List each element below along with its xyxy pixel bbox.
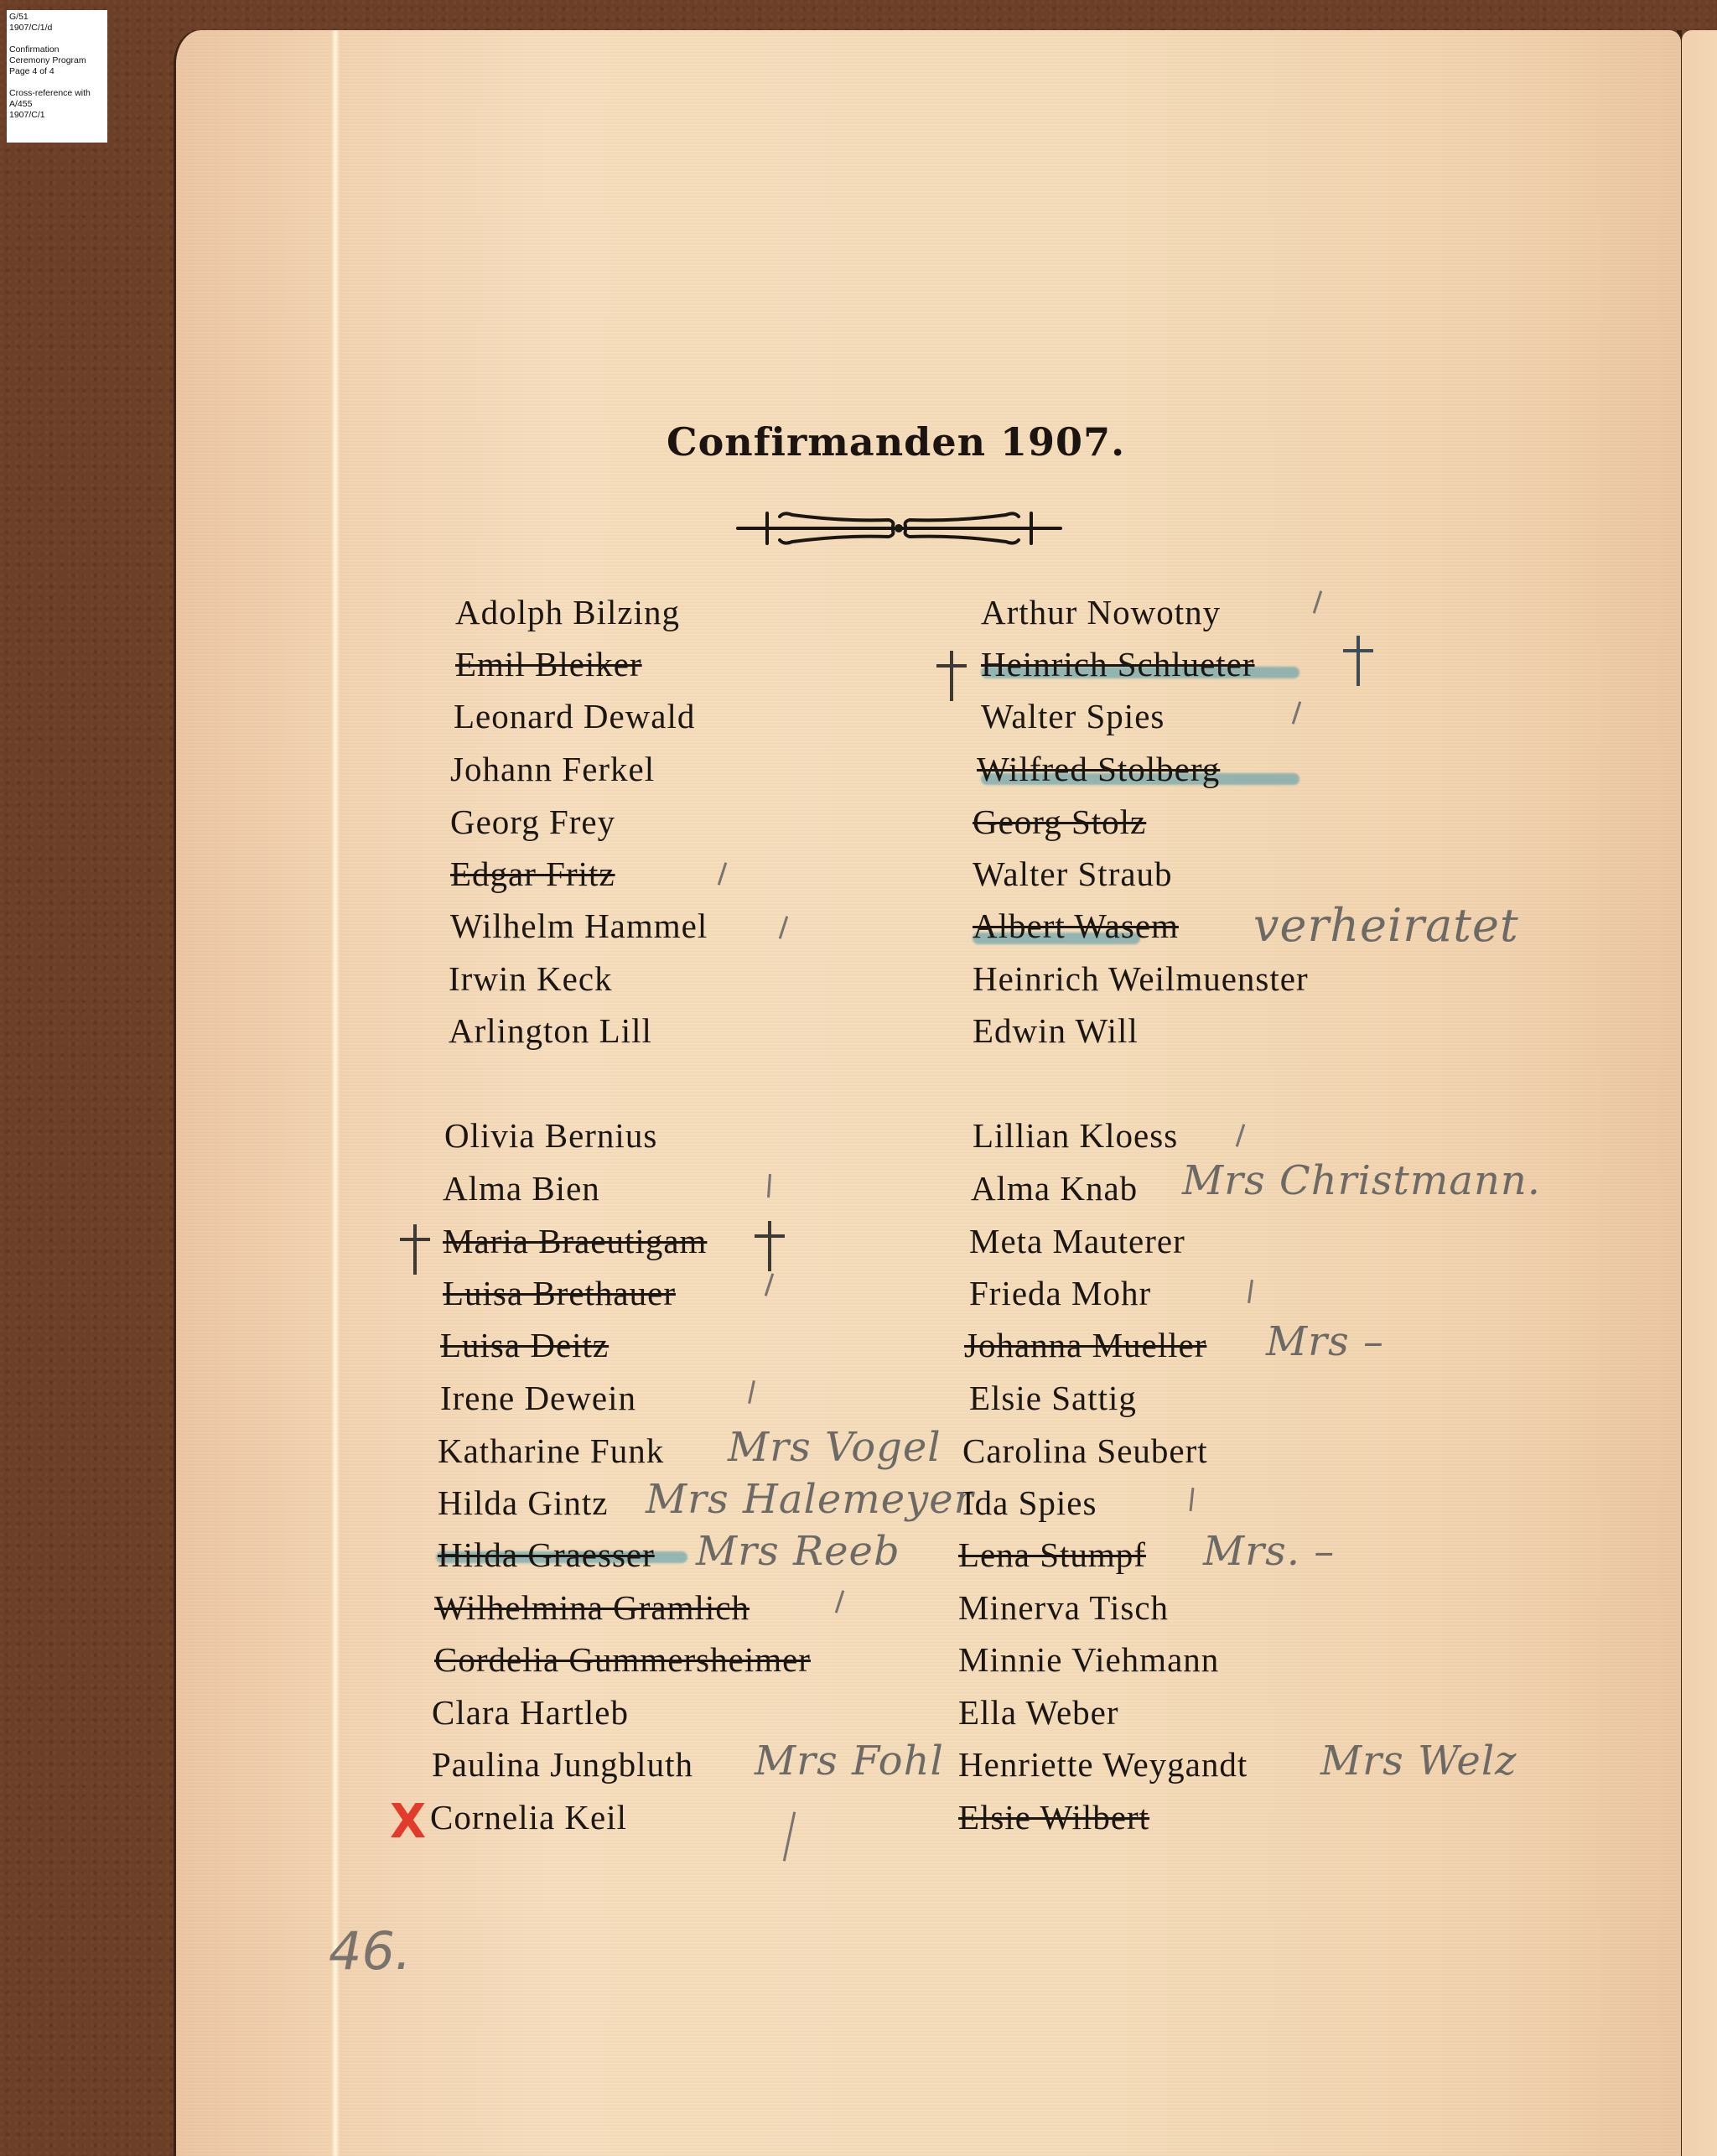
confirmand-name-struck: Wilhelmina Gramlich: [434, 1587, 750, 1628]
confirmand-name-struck: Lena Stumpf: [958, 1535, 1146, 1575]
confirmand-name: Leonard Dewald: [454, 696, 695, 736]
confirmand-name: Olivia Bernius: [444, 1115, 657, 1156]
confirmand-name-struck: Edgar Fritz: [450, 854, 615, 894]
cross-mark-icon: [935, 651, 968, 701]
confirmand-name-struck: Cordelia Gummersheimer: [434, 1639, 811, 1680]
ornament-divider-icon: [734, 503, 1065, 553]
cross-mark-icon: [1341, 636, 1375, 686]
confirmand-name: Georg Frey: [450, 802, 615, 842]
handwritten-note: Mrs Christmann.: [1182, 1157, 1541, 1204]
handwritten-page-number: 46.: [329, 1920, 412, 1982]
confirmand-name-struck: Wilfred Stolberg: [977, 749, 1220, 789]
catalog-id: G/51: [9, 12, 105, 23]
confirmand-name: Minnie Viehmann: [958, 1639, 1219, 1680]
confirmand-name: Henriette Weygandt: [958, 1744, 1248, 1785]
confirmand-name-struck: Albert Wasem: [973, 906, 1179, 946]
confirmand-name-struck: Elsie Wilbert: [958, 1797, 1149, 1837]
confirmand-name: Katharine Funk: [438, 1431, 664, 1471]
confirmand-name: Ida Spies: [962, 1483, 1097, 1523]
confirmand-name: Edwin Will: [973, 1010, 1139, 1051]
catalog-xref-label: Cross-reference with: [9, 88, 105, 99]
catalog-page: Page 4 of 4: [9, 66, 105, 77]
confirmand-name: Irwin Keck: [449, 959, 613, 999]
catalog-xref-1: A/455: [9, 99, 105, 110]
confirmand-name: Alma Bien: [443, 1168, 600, 1208]
confirmand-name: Frieda Mohr: [969, 1273, 1151, 1313]
confirmand-name-struck: Emil Bleiker: [455, 644, 642, 684]
handwritten-note: Mrs Fohl: [755, 1738, 944, 1785]
handwritten-note: Mrs –: [1266, 1318, 1384, 1365]
confirmand-name-struck: Hilda Graesser: [438, 1535, 655, 1575]
confirmand-name: Cornelia Keil: [430, 1797, 627, 1837]
confirmand-name: Walter Straub: [973, 854, 1173, 894]
catalog-desc-1: Confirmation: [9, 44, 105, 55]
confirmand-name-struck: Luisa Deitz: [440, 1325, 609, 1365]
handwritten-note: Mrs Vogel: [728, 1424, 941, 1471]
confirmand-name: Irene Dewein: [440, 1378, 636, 1418]
handwritten-note: verheiratet: [1253, 899, 1519, 952]
confirmand-name: Lillian Kloess: [973, 1115, 1178, 1156]
confirmand-name: Elsie Sattig: [969, 1378, 1137, 1418]
confirmand-name: Johann Ferkel: [450, 749, 655, 789]
red-x-mark-icon: X: [390, 1795, 426, 1849]
adjacent-page-edge: [1682, 30, 1717, 2156]
confirmand-name-struck: Georg Stolz: [973, 802, 1146, 842]
cross-mark-icon: [398, 1224, 432, 1275]
confirmand-name: Alma Knab: [971, 1168, 1138, 1208]
confirmand-name: Wilhelm Hammel: [450, 906, 708, 946]
confirmand-name: Ella Weber: [958, 1692, 1119, 1733]
handwritten-note: Mrs Halemeyer: [646, 1476, 974, 1523]
confirmand-name-struck: Luisa Brethauer: [443, 1273, 676, 1313]
confirmand-name: Heinrich Weilmuenster: [973, 959, 1309, 999]
confirmand-name: Clara Hartleb: [432, 1692, 629, 1733]
confirmand-name: Meta Mauterer: [969, 1221, 1185, 1261]
confirmand-name: Walter Spies: [981, 696, 1165, 736]
catalog-ref: 1907/C/1/d: [9, 23, 105, 34]
catalog-label: G/51 1907/C/1/d Confirmation Ceremony Pr…: [7, 10, 107, 143]
catalog-xref-2: 1907/C/1: [9, 110, 105, 121]
confirmand-name: Arlington Lill: [449, 1010, 652, 1051]
confirmand-name: Carolina Seubert: [962, 1431, 1208, 1471]
handwritten-note: Mrs Welz: [1320, 1738, 1517, 1785]
confirmand-name: Minerva Tisch: [958, 1587, 1169, 1628]
confirmand-name-struck: Heinrich Schlueter: [981, 644, 1255, 684]
confirmand-name: Adolph Bilzing: [455, 592, 680, 632]
handwritten-note: Mrs. –: [1203, 1528, 1335, 1575]
handwritten-note: Mrs Reeb: [696, 1528, 900, 1575]
cross-mark-icon: [753, 1221, 786, 1271]
confirmand-name: Arthur Nowotny: [981, 592, 1221, 632]
fold-crease: [331, 30, 340, 2156]
confirmand-name: Paulina Jungbluth: [432, 1744, 693, 1785]
confirmand-name-struck: Maria Braeutigam: [443, 1221, 707, 1261]
confirmand-name-struck: Johanna Mueller: [964, 1325, 1206, 1365]
page-title: Confirmanden 1907.: [667, 419, 1125, 465]
confirmand-name: Hilda Gintz: [438, 1483, 608, 1523]
catalog-desc-2: Ceremony Program: [9, 55, 105, 66]
